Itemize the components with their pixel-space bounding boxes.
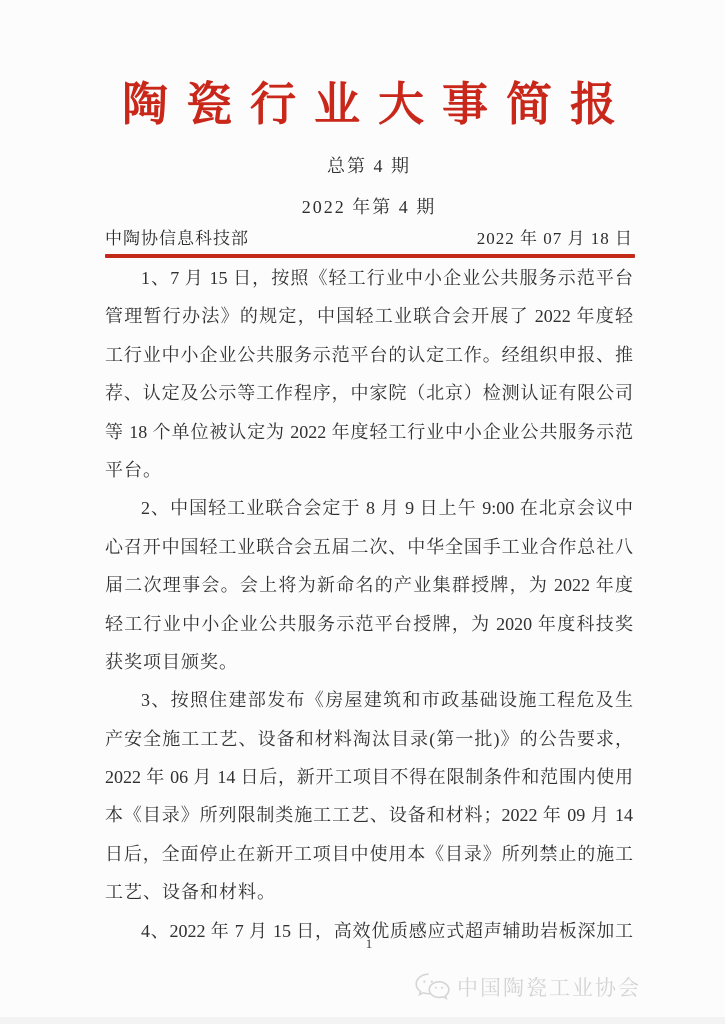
document-page: 陶瓷行业大事简报 总第 4 期 2022 年第 4 期 中陶协信息科技部 202… bbox=[0, 0, 725, 1024]
body-line: 产安全施工工艺、设备和材料淘汰目录(第一批)》的公告要求， bbox=[105, 720, 633, 758]
body-text: 1、7 月 15 日，按照《轻工行业中小企业公共服务示范平台 管理暂行办法》的规… bbox=[105, 259, 633, 950]
body-line: 心召开中国轻工业联合会五届二次、中华全国手工业合作总社八 bbox=[105, 528, 633, 566]
body-line: 管理暂行办法》的规定，中国轻工业联合会开展了 2022 年度轻 bbox=[105, 297, 633, 335]
document-content: 陶瓷行业大事简报 总第 4 期 2022 年第 4 期 中陶协信息科技部 202… bbox=[105, 0, 633, 1024]
wechat-icon bbox=[414, 972, 450, 1002]
body-line: 本《目录》所列限制类施工工艺、设备和材料；2022 年 09 月 14 bbox=[105, 796, 633, 834]
body-line: 3、按照住建部发布《房屋建筑和市政基础设施工程危及生 bbox=[105, 681, 633, 719]
page-bottom-edge bbox=[0, 1017, 725, 1024]
red-divider-rule bbox=[105, 254, 635, 258]
body-line: 2、中国轻工业联合会定于 8 月 9 日上午 9:00 在北京会议中 bbox=[105, 489, 633, 527]
body-line: 获奖项目颁奖。 bbox=[105, 643, 633, 681]
issue-total: 总第 4 期 bbox=[105, 152, 633, 178]
watermark-org: 中国陶瓷工业协会 bbox=[457, 972, 641, 1002]
page-number: 1 bbox=[105, 936, 633, 952]
watermark: 中国陶瓷工业协会 bbox=[414, 972, 641, 1002]
body-line: 1、7 月 15 日，按照《轻工行业中小企业公共服务示范平台 bbox=[105, 259, 633, 297]
body-line: 届二次理事会。会上将为新命名的产业集群授牌，为 2022 年度 bbox=[105, 566, 633, 604]
body-line: 荐、认定及公示等工作程序，中家院（北京）检测认证有限公司 bbox=[105, 374, 633, 412]
body-line: 平台。 bbox=[105, 451, 633, 489]
issue-year: 2022 年第 4 期 bbox=[105, 193, 633, 219]
page-title: 陶瓷行业大事简报 bbox=[85, 76, 653, 134]
body-line: 轻工行业中小企业公共服务示范平台授牌，为 2020 年度科技奖 bbox=[105, 605, 633, 643]
body-line: 工行业中小企业公共服务示范平台的认定工作。经组织申报、推 bbox=[105, 336, 633, 374]
issue-date: 2022 年 07 月 18 日 bbox=[477, 224, 633, 249]
department-name: 中陶协信息科技部 bbox=[105, 224, 249, 249]
body-line: 日后，全面停止在新开工项目中使用本《目录》所列禁止的施工 bbox=[105, 835, 633, 873]
meta-row: 中陶协信息科技部 2022 年 07 月 18 日 bbox=[105, 224, 633, 249]
body-line: 工艺、设备和材料。 bbox=[105, 873, 633, 911]
body-line: 2022 年 06 月 14 日后，新开工项目不得在限制条件和范围内使用 bbox=[105, 758, 633, 796]
body-line: 等 18 个单位被认定为 2022 年度轻工行业中小企业公共服务示范 bbox=[105, 413, 633, 451]
